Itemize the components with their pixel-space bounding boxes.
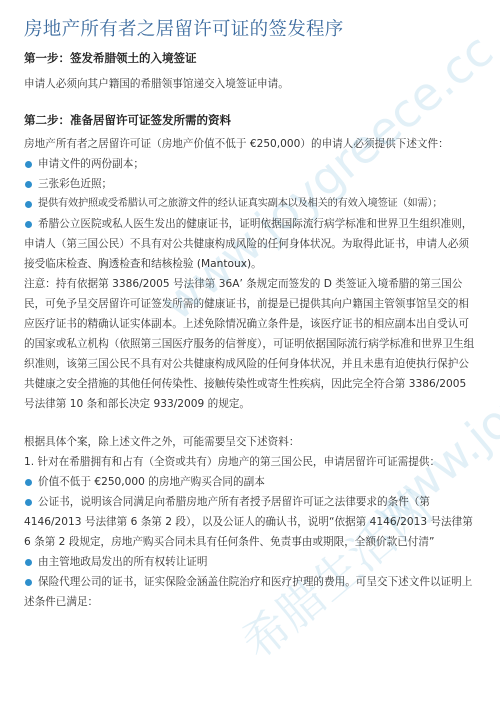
list-item: 申请文件的两份副本；: [24, 154, 478, 174]
bullet-dot-icon: [25, 181, 32, 188]
note-paragraph: 注意：持有依据第 3386/2005 号法律第 36A’ 条规定而签发的 D 类…: [24, 274, 478, 414]
step2-intro: 房地产所有者之居留许可证（房地产价值不低于 €250,000）的申请人必须提供下…: [24, 134, 478, 154]
list-item: 提供有效护照或受希腊认可之旅游文件的经认证真实副本以及相关的有效入境签证（如需）…: [24, 194, 478, 214]
list-item: 价值不低于 €250,000 的房地产购买合同的副本: [24, 472, 478, 492]
list-item: 希腊公立医院或私人医生发出的健康证书，证明依据国际流行病学标准和世界卫生组织准则…: [24, 214, 478, 274]
list-item: 公证书，说明该合同满足向希腊房地产所有者授予居留许可证之法律要求的条件（第 41…: [24, 492, 478, 552]
bullet-dot-icon: [25, 479, 32, 486]
bullet-dot-icon: [25, 499, 32, 506]
bullet-dot-icon: [25, 221, 32, 228]
list-item: 保险代理公司的证书，证实保险金涵盖住院治疗和医疗护理的费用。可呈交下述文件以证明…: [24, 572, 478, 612]
document-page: 房地产所有者之居留许可证的签发程序 第一步：签发希腊领土的入境签证 申请人必须向…: [0, 0, 500, 612]
bullet-dot-icon: [25, 161, 32, 168]
additional-item-1: 1. 针对在希腊拥有和占有（全资或共有）房地产的第三国公民，申请居留许可证需提供…: [24, 452, 478, 472]
bullet-dot-icon: [25, 559, 32, 566]
list-item: 由主管地政局发出的所有权转让证明: [24, 552, 478, 572]
step1-heading: 第一步：签发希腊领土的入境签证: [24, 50, 478, 66]
bullet-dot-icon: [25, 579, 32, 586]
bullet-dot-icon: [25, 201, 32, 208]
step2-heading: 第二步：准备居留许可证签发所需的资料: [24, 112, 478, 128]
list-item: 三张彩色近照；: [24, 174, 478, 194]
page-title: 房地产所有者之居留许可证的签发程序: [24, 18, 478, 42]
additional-intro: 根据具体个案，除上述文件之外，可能需要呈交下述资料：: [24, 432, 478, 452]
step1-text: 申请人必须向其户籍国的希腊领事馆递交入境签证申请。: [24, 74, 478, 94]
